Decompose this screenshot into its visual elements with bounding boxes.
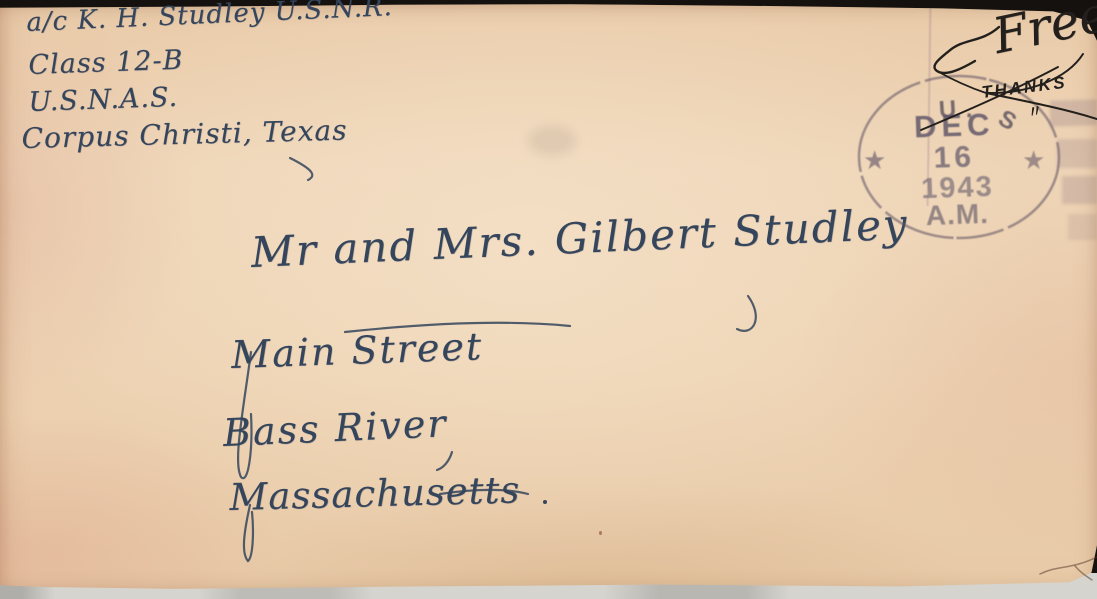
paper-smudge [528, 126, 576, 156]
postmark-month: DEC [913, 107, 995, 145]
killer-bar [1062, 176, 1097, 204]
postmark-meridiem: A.M. [925, 198, 989, 231]
recipient-address-line: Massachusetts [229, 468, 521, 519]
killer-bar [1068, 214, 1097, 240]
postmark-star-right: ★ [1022, 146, 1045, 176]
envelope-scan: a/c K. H. Studley U.S.N.R. Class 12-B U.… [0, 0, 1097, 599]
killer-bar [1057, 139, 1097, 168]
return-address-line: Class 12-B [28, 45, 184, 81]
postmark-day: 16 [933, 140, 976, 174]
recipient-address-line: Main Street [230, 324, 483, 377]
ink-speck [599, 531, 602, 535]
return-address-line: U.S.N.A.S. [28, 82, 179, 118]
postmark-star-left: ★ [863, 146, 886, 176]
killer-bar [1050, 99, 1097, 127]
